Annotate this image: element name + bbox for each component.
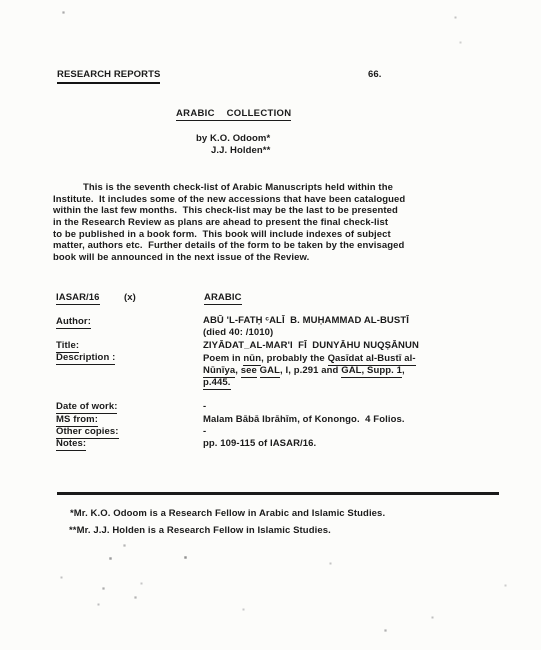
work-title: ZIYĀDAT_AL-MAR'I FĪ DUNYĀHU NUQṢĀNUN bbox=[203, 341, 419, 351]
description-text: , bbox=[402, 365, 405, 376]
byline-line2: J.J. Holden** bbox=[211, 146, 270, 156]
document-page: RESEARCH REPORTS 66. ARABIC COLLECTION b… bbox=[0, 0, 541, 650]
description-italic: GAL bbox=[260, 365, 280, 378]
ms-from-value: Malam Bābā Ibrāhīm, of Konongo. 4 Folios… bbox=[203, 415, 405, 425]
record-language-wrap: ARABIC bbox=[204, 293, 242, 303]
date-label-wrap: Date of work: bbox=[56, 402, 117, 412]
footnote-holden: **Mr. J.J. Holden is a Research Fellow i… bbox=[69, 526, 331, 536]
record-language: ARABIC bbox=[204, 292, 242, 305]
date-of-work-label: Date of work: bbox=[56, 401, 117, 414]
running-header: RESEARCH REPORTS bbox=[57, 70, 160, 80]
footnote-divider-rule bbox=[57, 492, 499, 495]
intro-line: This is the seventh check-list of Arabic… bbox=[53, 182, 468, 194]
description-italic: Nūnīya bbox=[203, 365, 235, 378]
author-label-wrap: Author: bbox=[56, 317, 91, 327]
intro-line: book will be announced in the next issue… bbox=[53, 252, 468, 264]
notes-label-wrap: Notes: bbox=[56, 439, 86, 449]
other-copies-value: - bbox=[203, 427, 206, 437]
intro-line: to be published in a book form. This boo… bbox=[53, 229, 468, 241]
author-death-date: (died 40: /1010) bbox=[203, 328, 273, 338]
description-italic: Qasīdat al-Bustī al- bbox=[328, 353, 416, 366]
notes-label: Notes: bbox=[56, 438, 86, 451]
byline-line1: by K.O. Odoom* bbox=[196, 134, 270, 144]
header-title: RESEARCH REPORTS bbox=[57, 69, 160, 84]
ms-from-label: MS from: bbox=[56, 414, 98, 427]
other-copies-label: Other copies: bbox=[56, 426, 119, 439]
description-italic: p.445. bbox=[203, 377, 231, 390]
record-id-wrap: IASAR/16 bbox=[56, 293, 100, 303]
description-line3: p.445. bbox=[203, 378, 231, 388]
intro-line: Institute. It includes some of the new a… bbox=[53, 194, 468, 206]
scan-speckles bbox=[0, 0, 1, 1]
description-text: , probably the bbox=[261, 353, 327, 364]
document-title: ARABIC COLLECTION bbox=[176, 108, 291, 121]
author-label: Author: bbox=[56, 316, 91, 329]
title-label-wrap: Title: bbox=[56, 341, 79, 351]
author-name: ABŪ 'L-FATḤ ᶜALĪ B. MUḤAMMAD AL-BUSTĪ bbox=[203, 316, 409, 326]
record-id-suffix: (x) bbox=[124, 293, 136, 303]
description-text: , bbox=[235, 365, 240, 376]
footnote-odoom: *Mr. K.O. Odoom is a Research Fellow in … bbox=[70, 509, 385, 519]
notes-value: pp. 109-115 of IASAR/16. bbox=[203, 439, 316, 449]
description-label: Description : bbox=[56, 352, 115, 365]
record-id: IASAR/16 bbox=[56, 292, 100, 305]
title-label: Title: bbox=[56, 340, 79, 353]
description-italic: see bbox=[241, 365, 257, 378]
description-line1: Poem in nūn, probably the Qasīdat al-Bus… bbox=[203, 354, 416, 364]
ms-from-label-wrap: MS from: bbox=[56, 415, 98, 425]
intro-line: in the Research Review as plans are ahea… bbox=[53, 217, 468, 229]
date-of-work-value: - bbox=[203, 402, 206, 412]
description-text: , I, p.291 and bbox=[280, 365, 341, 376]
description-italic: nūn bbox=[243, 353, 261, 366]
intro-paragraph: This is the seventh check-list of Arabic… bbox=[53, 182, 468, 263]
other-copies-label-wrap: Other copies: bbox=[56, 427, 119, 437]
page-number: 66. bbox=[368, 70, 382, 80]
document-title-wrap: ARABIC COLLECTION bbox=[176, 109, 291, 119]
description-italic: GAL, Supp. 1 bbox=[341, 365, 402, 378]
intro-line: within the last few months. This check-l… bbox=[53, 205, 468, 217]
intro-line: matter, authors etc. Further details of … bbox=[53, 240, 468, 252]
description-text: Poem in bbox=[203, 353, 243, 364]
description-label-wrap: Description : bbox=[56, 353, 115, 363]
description-line2: Nūnīya, see GAL, I, p.291 and GAL, Supp.… bbox=[203, 366, 405, 376]
